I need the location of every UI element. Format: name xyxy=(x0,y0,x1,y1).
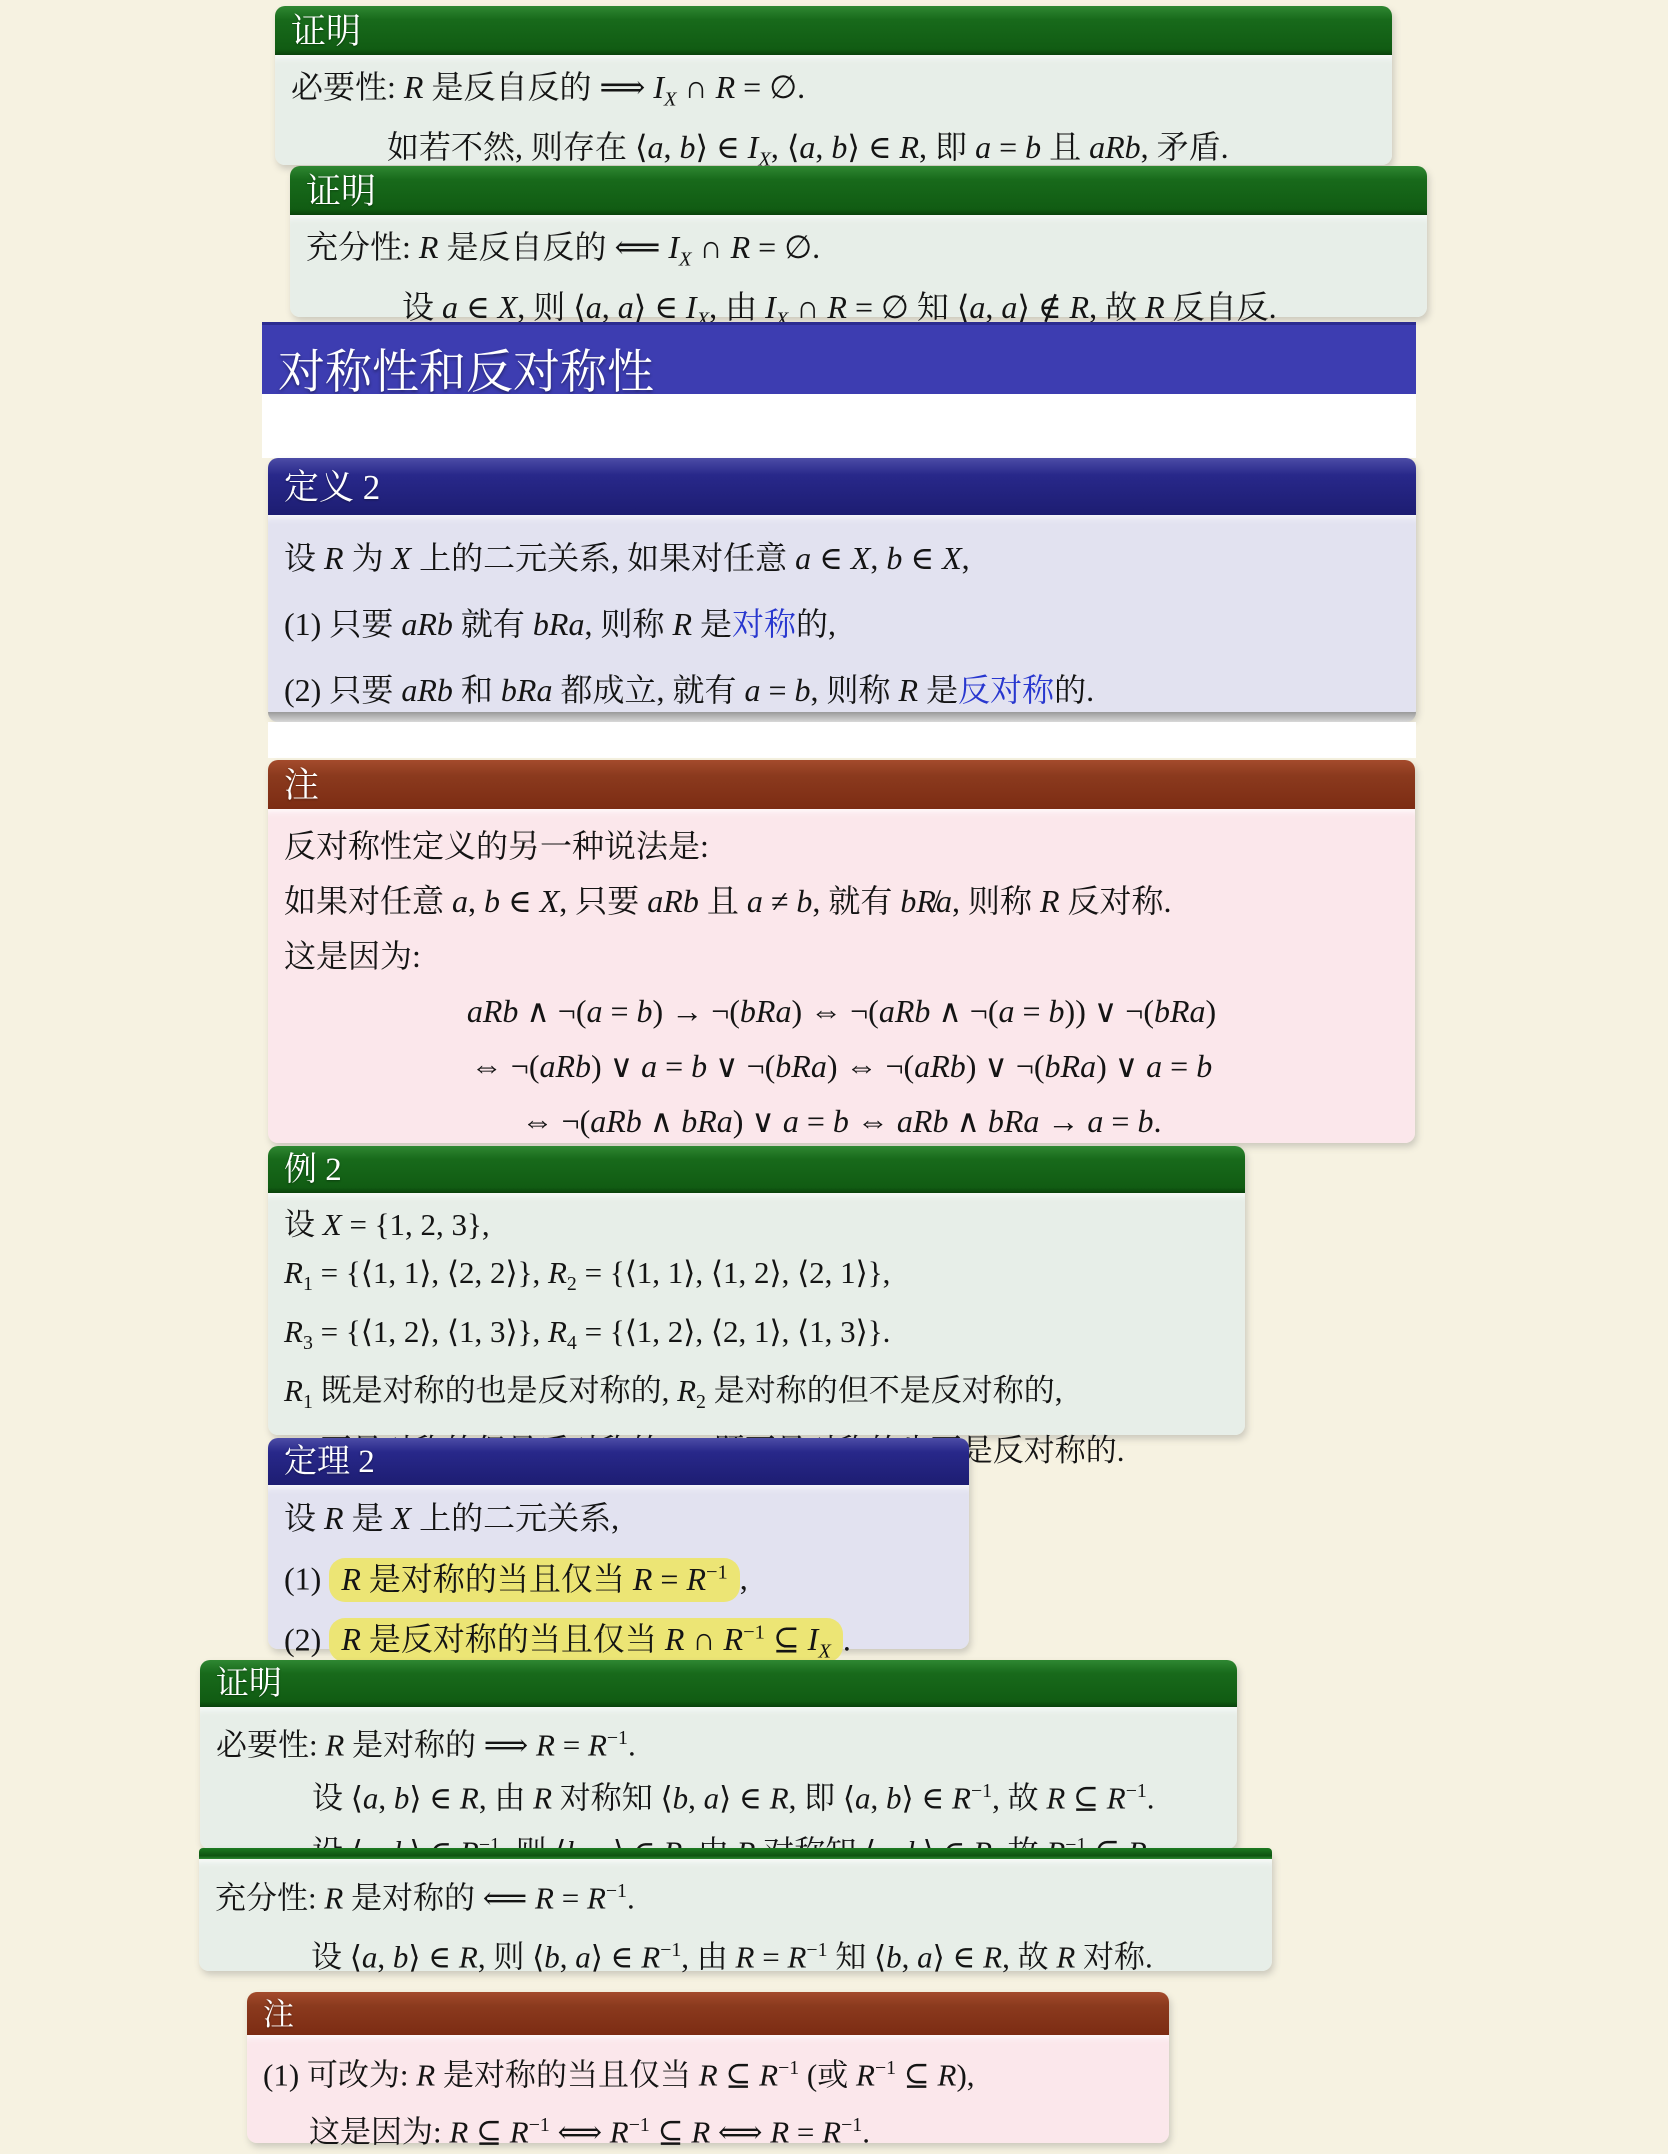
note1-title: 注 xyxy=(268,760,1415,809)
note1-math-1: aRb ∧ ¬(a = b) → ¬(bRa) ⇔ ¬(aRb ∧ ¬(a = … xyxy=(284,984,1399,1039)
proof3-line-2: 设 ⟨a, b⟩ ∈ R, 由 R 对称知 ⟨b, a⟩ ∈ R, 即 ⟨a, … xyxy=(216,1768,1221,1821)
white-band-top xyxy=(262,394,1416,458)
slide-montage: 证明 必要性: R 是反自反的 ⟹ IX ∩ R = ∅. 如若不然, 则存在 … xyxy=(0,0,1668,2154)
note-block-2: 注 (1) 可改为: R 是对称的当且仅当 R ⊆ R−1 (或 R−1 ⊆ R… xyxy=(247,1992,1169,2143)
def2-title: 定义 2 xyxy=(268,458,1416,515)
def2-line-1: 设 R 为 X 上的二元关系, 如果对任意 a ∈ X, b ∈ X, xyxy=(284,525,1400,591)
note2-line-1: (1) 可改为: R 是对称的当且仅当 R ⊆ R−1 (或 R−1 ⊆ R), xyxy=(263,2043,1153,2100)
thm2-line-2: (1) R 是对称的当且仅当 R = R−1, xyxy=(284,1545,953,1606)
thm2-line-1: 设 R 是 X 上的二元关系, xyxy=(284,1491,953,1545)
note2-title: 注 xyxy=(247,1992,1169,2035)
example-block-2: 例 2 设 X = {1, 2, 3}, R1 = {⟨1, 1⟩, ⟨2, 2… xyxy=(268,1146,1245,1435)
sufficiency-top-bar xyxy=(199,1848,1272,1859)
ex2-line-4: R1 既是对称的也是反对称的, R2 是对称的但不是反对称的, xyxy=(284,1367,1229,1426)
definition-block-2: 定义 2 设 R 为 X 上的二元关系, 如果对任意 a ∈ X, b ∈ X,… xyxy=(268,458,1416,719)
theorem-block-2: 定理 2 设 R 是 X 上的二元关系, (1) R 是对称的当且仅当 R = … xyxy=(268,1438,969,1649)
ex2-title: 例 2 xyxy=(268,1146,1245,1193)
note1-line-1: 反对称性定义的另一种说法是: xyxy=(284,819,1399,874)
section-title-bar: 对称性和反对称性 xyxy=(262,322,1416,397)
note-block-1: 注 反对称性定义的另一种说法是: 如果对任意 a, b ∈ X, 只要 aRb … xyxy=(268,760,1415,1143)
proof2-title: 证明 xyxy=(290,166,1427,215)
proof1-title: 证明 xyxy=(275,6,1392,55)
thm2-title: 定理 2 xyxy=(268,1438,969,1485)
proof1-line-1: 必要性: R 是反自反的 ⟹ IX ∩ R = ∅. xyxy=(291,63,1376,123)
note2-line-2: 这是因为: R ⊆ R−1 ⟺ R−1 ⊆ R ⟺ R = R−1. xyxy=(263,2100,1153,2154)
proof2-line-1: 充分性: R 是反自反的 ⟸ IX ∩ R = ∅. xyxy=(306,223,1411,283)
section-title-text: 对称性和反对称性 xyxy=(278,347,654,399)
white-band-mid xyxy=(268,722,1416,758)
suff-line-2: 设 ⟨a, b⟩ ∈ R, 则 ⟨b, a⟩ ∈ R−1, 由 R = R−1 … xyxy=(215,1924,1256,1983)
note1-line-3: 这是因为: xyxy=(284,929,1399,984)
suff-line-1: 充分性: R 是对称的 ⟸ R = R−1. xyxy=(215,1865,1256,1924)
note1-math-2: ⇔ ¬(aRb) ∨ a = b ∨ ¬(bRa) ⇔ ¬(aRb) ∨ ¬(b… xyxy=(284,1039,1399,1094)
note1-line-2: 如果对任意 a, b ∈ X, 只要 aRb 且 a ≠ b, 就有 bR̸a,… xyxy=(284,874,1399,929)
proof-block-3: 证明 必要性: R 是对称的 ⟹ R = R−1. 设 ⟨a, b⟩ ∈ R, … xyxy=(200,1660,1237,1849)
ex2-line-3: R3 = {⟨1, 2⟩, ⟨1, 3⟩}, R4 = {⟨1, 2⟩, ⟨2,… xyxy=(284,1308,1229,1367)
ex2-line-1: 设 X = {1, 2, 3}, xyxy=(284,1201,1229,1249)
proof3-line-1: 必要性: R 是对称的 ⟹ R = R−1. xyxy=(216,1715,1221,1768)
proof-block-2: 证明 充分性: R 是反自反的 ⟸ IX ∩ R = ∅. 设 a ∈ X, 则… xyxy=(290,166,1427,317)
proof-block-1: 证明 必要性: R 是反自反的 ⟹ IX ∩ R = ∅. 如若不然, 则存在 … xyxy=(275,6,1392,165)
def2-drop-shadow xyxy=(268,712,1416,722)
note1-math-3: ⇔ ¬(aRb ∧ bRa) ∨ a = b ⇔ aRb ∧ bRa → a =… xyxy=(284,1094,1399,1149)
def2-line-2: (1) 只要 aRb 就有 bRa, 则称 R 是对称的, xyxy=(284,591,1400,657)
ex2-line-2: R1 = {⟨1, 1⟩, ⟨2, 2⟩}, R2 = {⟨1, 1⟩, ⟨1,… xyxy=(284,1249,1229,1308)
sufficiency-block: 充分性: R 是对称的 ⟸ R = R−1. 设 ⟨a, b⟩ ∈ R, 则 ⟨… xyxy=(199,1848,1272,1971)
proof3-title: 证明 xyxy=(200,1660,1237,1707)
